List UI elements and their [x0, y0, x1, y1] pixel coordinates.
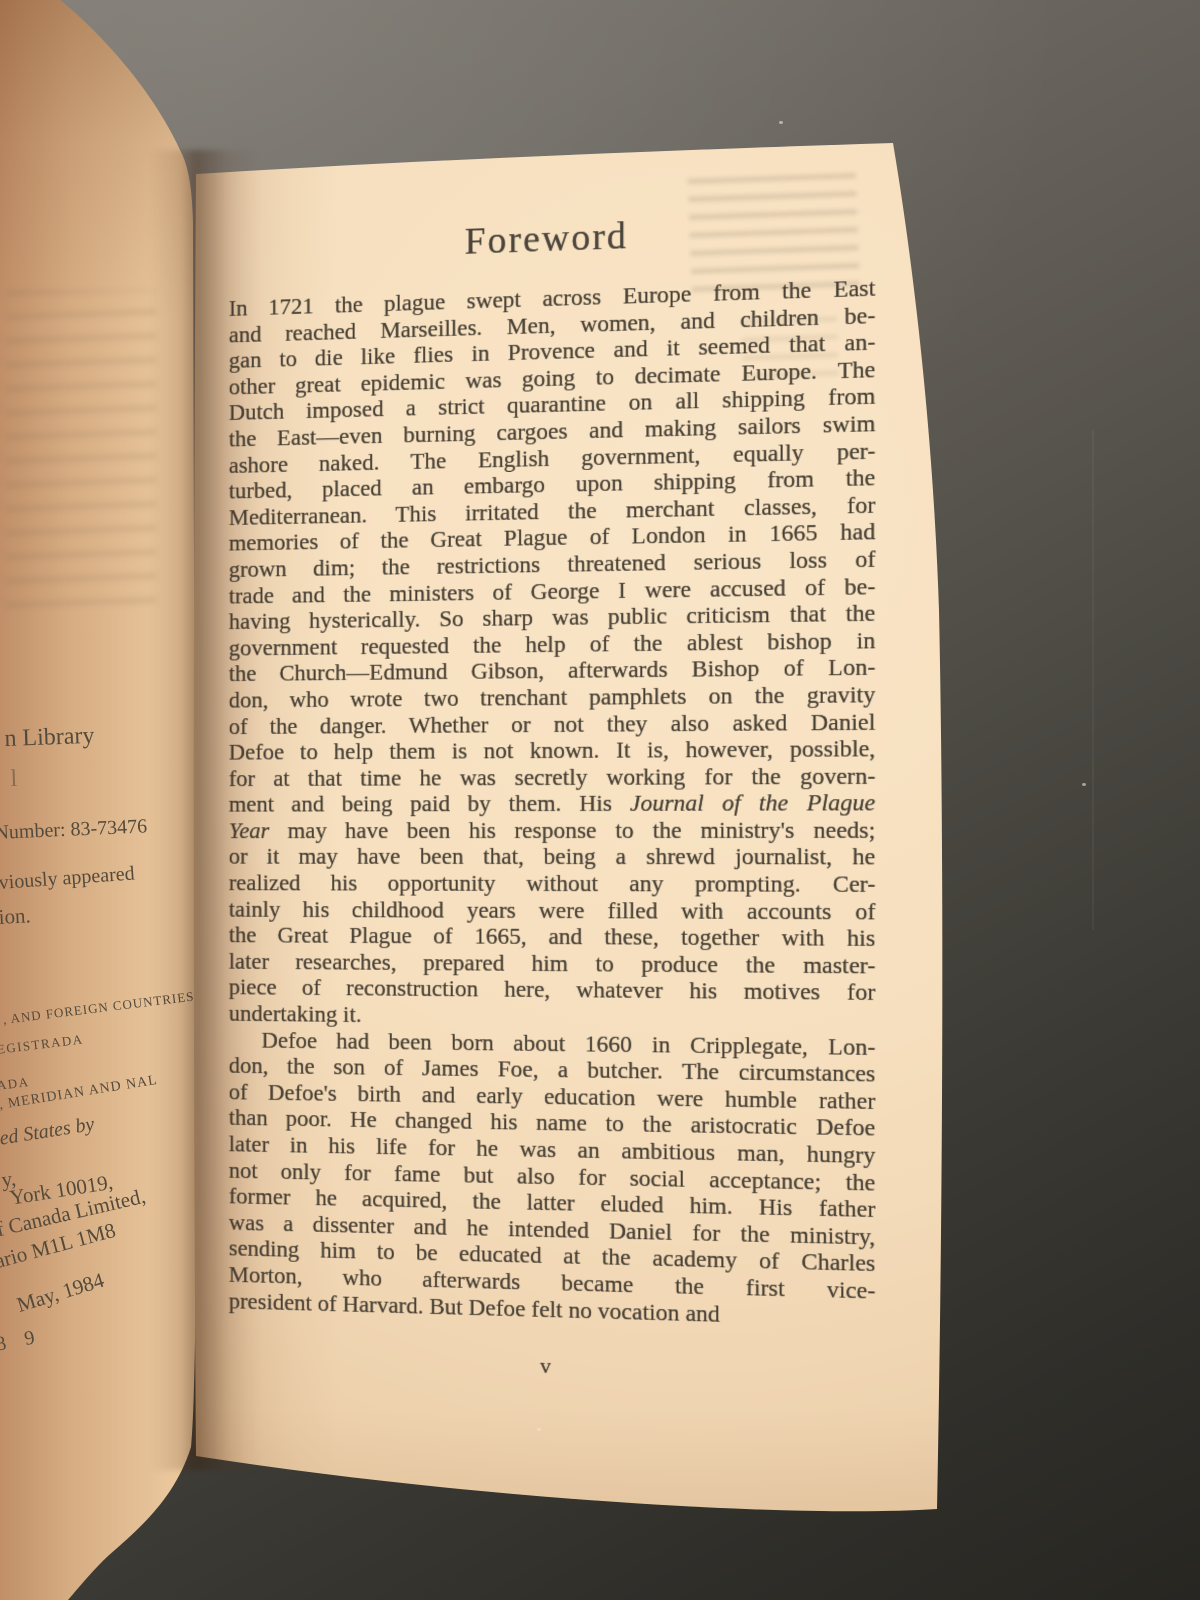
foreword-heading: Foreword [229, 204, 876, 273]
copyright-fragment-catalog-number: Number: 83-73476 [0, 815, 148, 845]
copyright-fragment-edition: ion. [0, 903, 31, 930]
copyright-fragment-previously-appeared: viously appeared [0, 863, 135, 895]
foreword-paragraph-2: Defoe had been born about 1660 in Crippl… [229, 1027, 876, 1332]
text-line: tainly his childhood years were filled w… [229, 897, 876, 926]
gutter-shadow [150, 150, 260, 1470]
copyright-fragment-partial-letter: l [10, 766, 18, 793]
page-text-block: Foreword In 1721 the plague swept across… [229, 204, 876, 1390]
ghost-bleedthrough-text [6, 290, 156, 620]
text-line: realized his opportunity without any pro… [229, 871, 876, 899]
copyright-fragment-printing-date: May, 1984 [14, 1268, 107, 1318]
dust-speck [537, 1428, 541, 1431]
text-line: for at that time he was secretly working… [229, 763, 876, 792]
text-line: don, who wrote two trenchant pamphlets o… [229, 682, 876, 714]
dust-speck [1082, 783, 1086, 786]
copyright-fragment-library: n Library [4, 723, 95, 753]
text-line: Year may have been his response to the m… [229, 817, 876, 844]
page-number: v [229, 1344, 876, 1390]
foreword-paragraph-1: In 1721 the plague swept across Europe f… [229, 275, 876, 1034]
dust-speck [779, 121, 783, 124]
copyright-fragment-printers-key: 8 9 [0, 1327, 37, 1357]
copyright-fragment-registrada: EGISTRADA [0, 1031, 84, 1058]
photo-of-open-book: n Library l Number: 83-73476 viously app… [0, 0, 1200, 1600]
text-line: ment and being paid by them. His Journal… [229, 790, 876, 818]
copyright-fragment-canada: ADA [0, 1074, 30, 1094]
text-line: the Great Plague of 1665, and these, tog… [229, 923, 876, 953]
text-line: or it may have been that, being a shrewd… [229, 844, 876, 871]
text-line: Defoe to help them is not known. It is, … [229, 736, 876, 766]
copyright-fragment-united-states: ed States by [0, 1113, 96, 1151]
text-line: of the danger. Whether or not they also … [229, 709, 876, 740]
